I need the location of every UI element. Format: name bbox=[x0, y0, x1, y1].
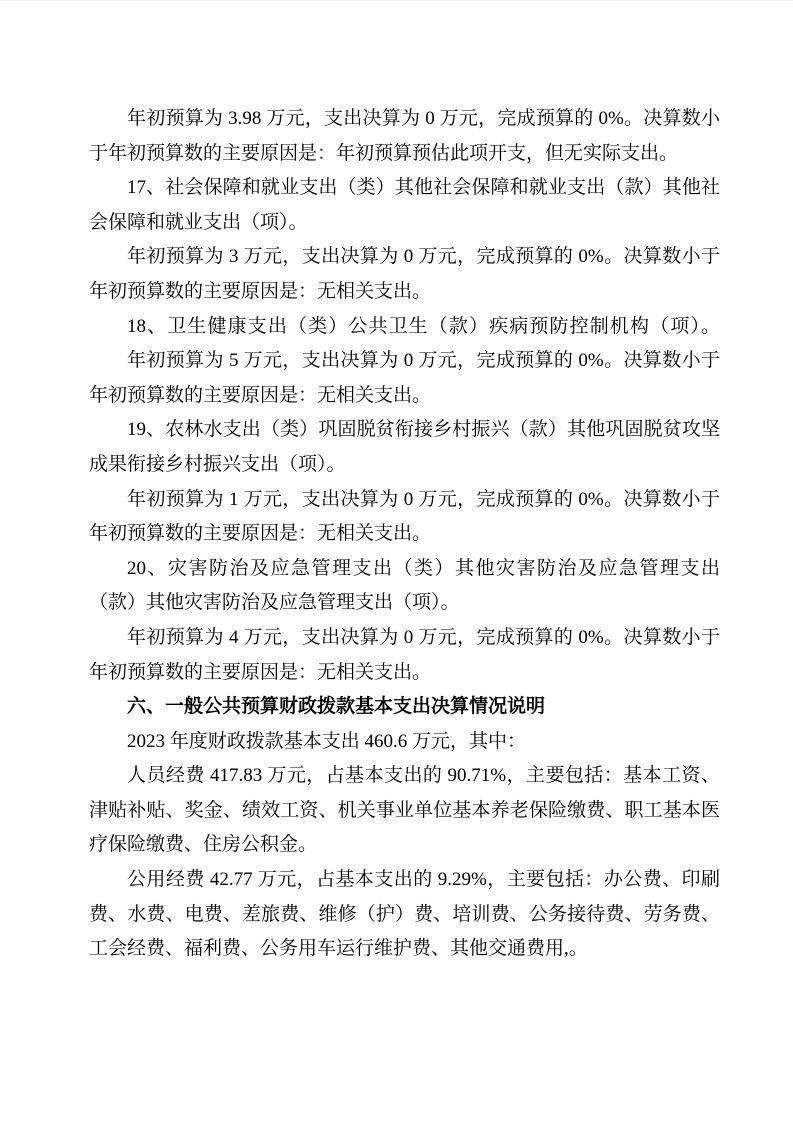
para-item-19-note: 年初预算为 1 万元，支出决算为 0 万元，完成预算的 0%。决算数小于年初预算… bbox=[89, 483, 720, 552]
para-item-17: 17、社会保障和就业支出（类）其他社会保障和就业支出（款）其他社会保障和就业支出… bbox=[89, 171, 720, 240]
para-item-18-note: 年初预算为 5 万元，支出决算为 0 万元，完成预算的 0%。决算数小于年初预算… bbox=[89, 344, 720, 413]
section-heading-basic-expenditure: 六、一般公共预算财政拨款基本支出决算情况说明 bbox=[89, 690, 720, 725]
document-page: 年初预算为 3.98 万元，支出决算为 0 万元，完成预算的 0%。决算数小于年… bbox=[0, 0, 793, 1122]
para-item-20-note: 年初预算为 4 万元，支出决算为 0 万元，完成预算的 0%。决算数小于年初预算… bbox=[89, 621, 720, 690]
para-budget-note: 年初预算为 3.98 万元，支出决算为 0 万元，完成预算的 0%。决算数小于年… bbox=[89, 102, 720, 171]
para-item-20: 20、灾害防治及应急管理支出（类）其他灾害防治及应急管理支出（款）其他灾害防治及… bbox=[89, 552, 720, 621]
para-basic-expenditure-total: 2023 年度财政拨款基本支出 460.6 万元，其中： bbox=[89, 725, 720, 760]
para-public-expenses: 公用经费 42.77 万元，占基本支出的 9.29%，主要包括：办公费、印刷费、… bbox=[89, 863, 720, 967]
para-item-18: 18、卫生健康支出（类）公共卫生（款）疾病预防控制机构（项）。 bbox=[89, 310, 720, 345]
document-content: 年初预算为 3.98 万元，支出决算为 0 万元，完成预算的 0%。决算数小于年… bbox=[89, 102, 720, 967]
para-item-19: 19、农林水支出（类）巩固脱贫衔接乡村振兴（款）其他巩固脱贫攻坚成果衔接乡村振兴… bbox=[89, 413, 720, 482]
para-item-17-note: 年初预算为 3 万元，支出决算为 0 万元，完成预算的 0%。决算数小于年初预算… bbox=[89, 240, 720, 309]
para-personnel-expenses: 人员经费 417.83 万元，占基本支出的 90.71%，主要包括：基本工资、津… bbox=[89, 759, 720, 863]
